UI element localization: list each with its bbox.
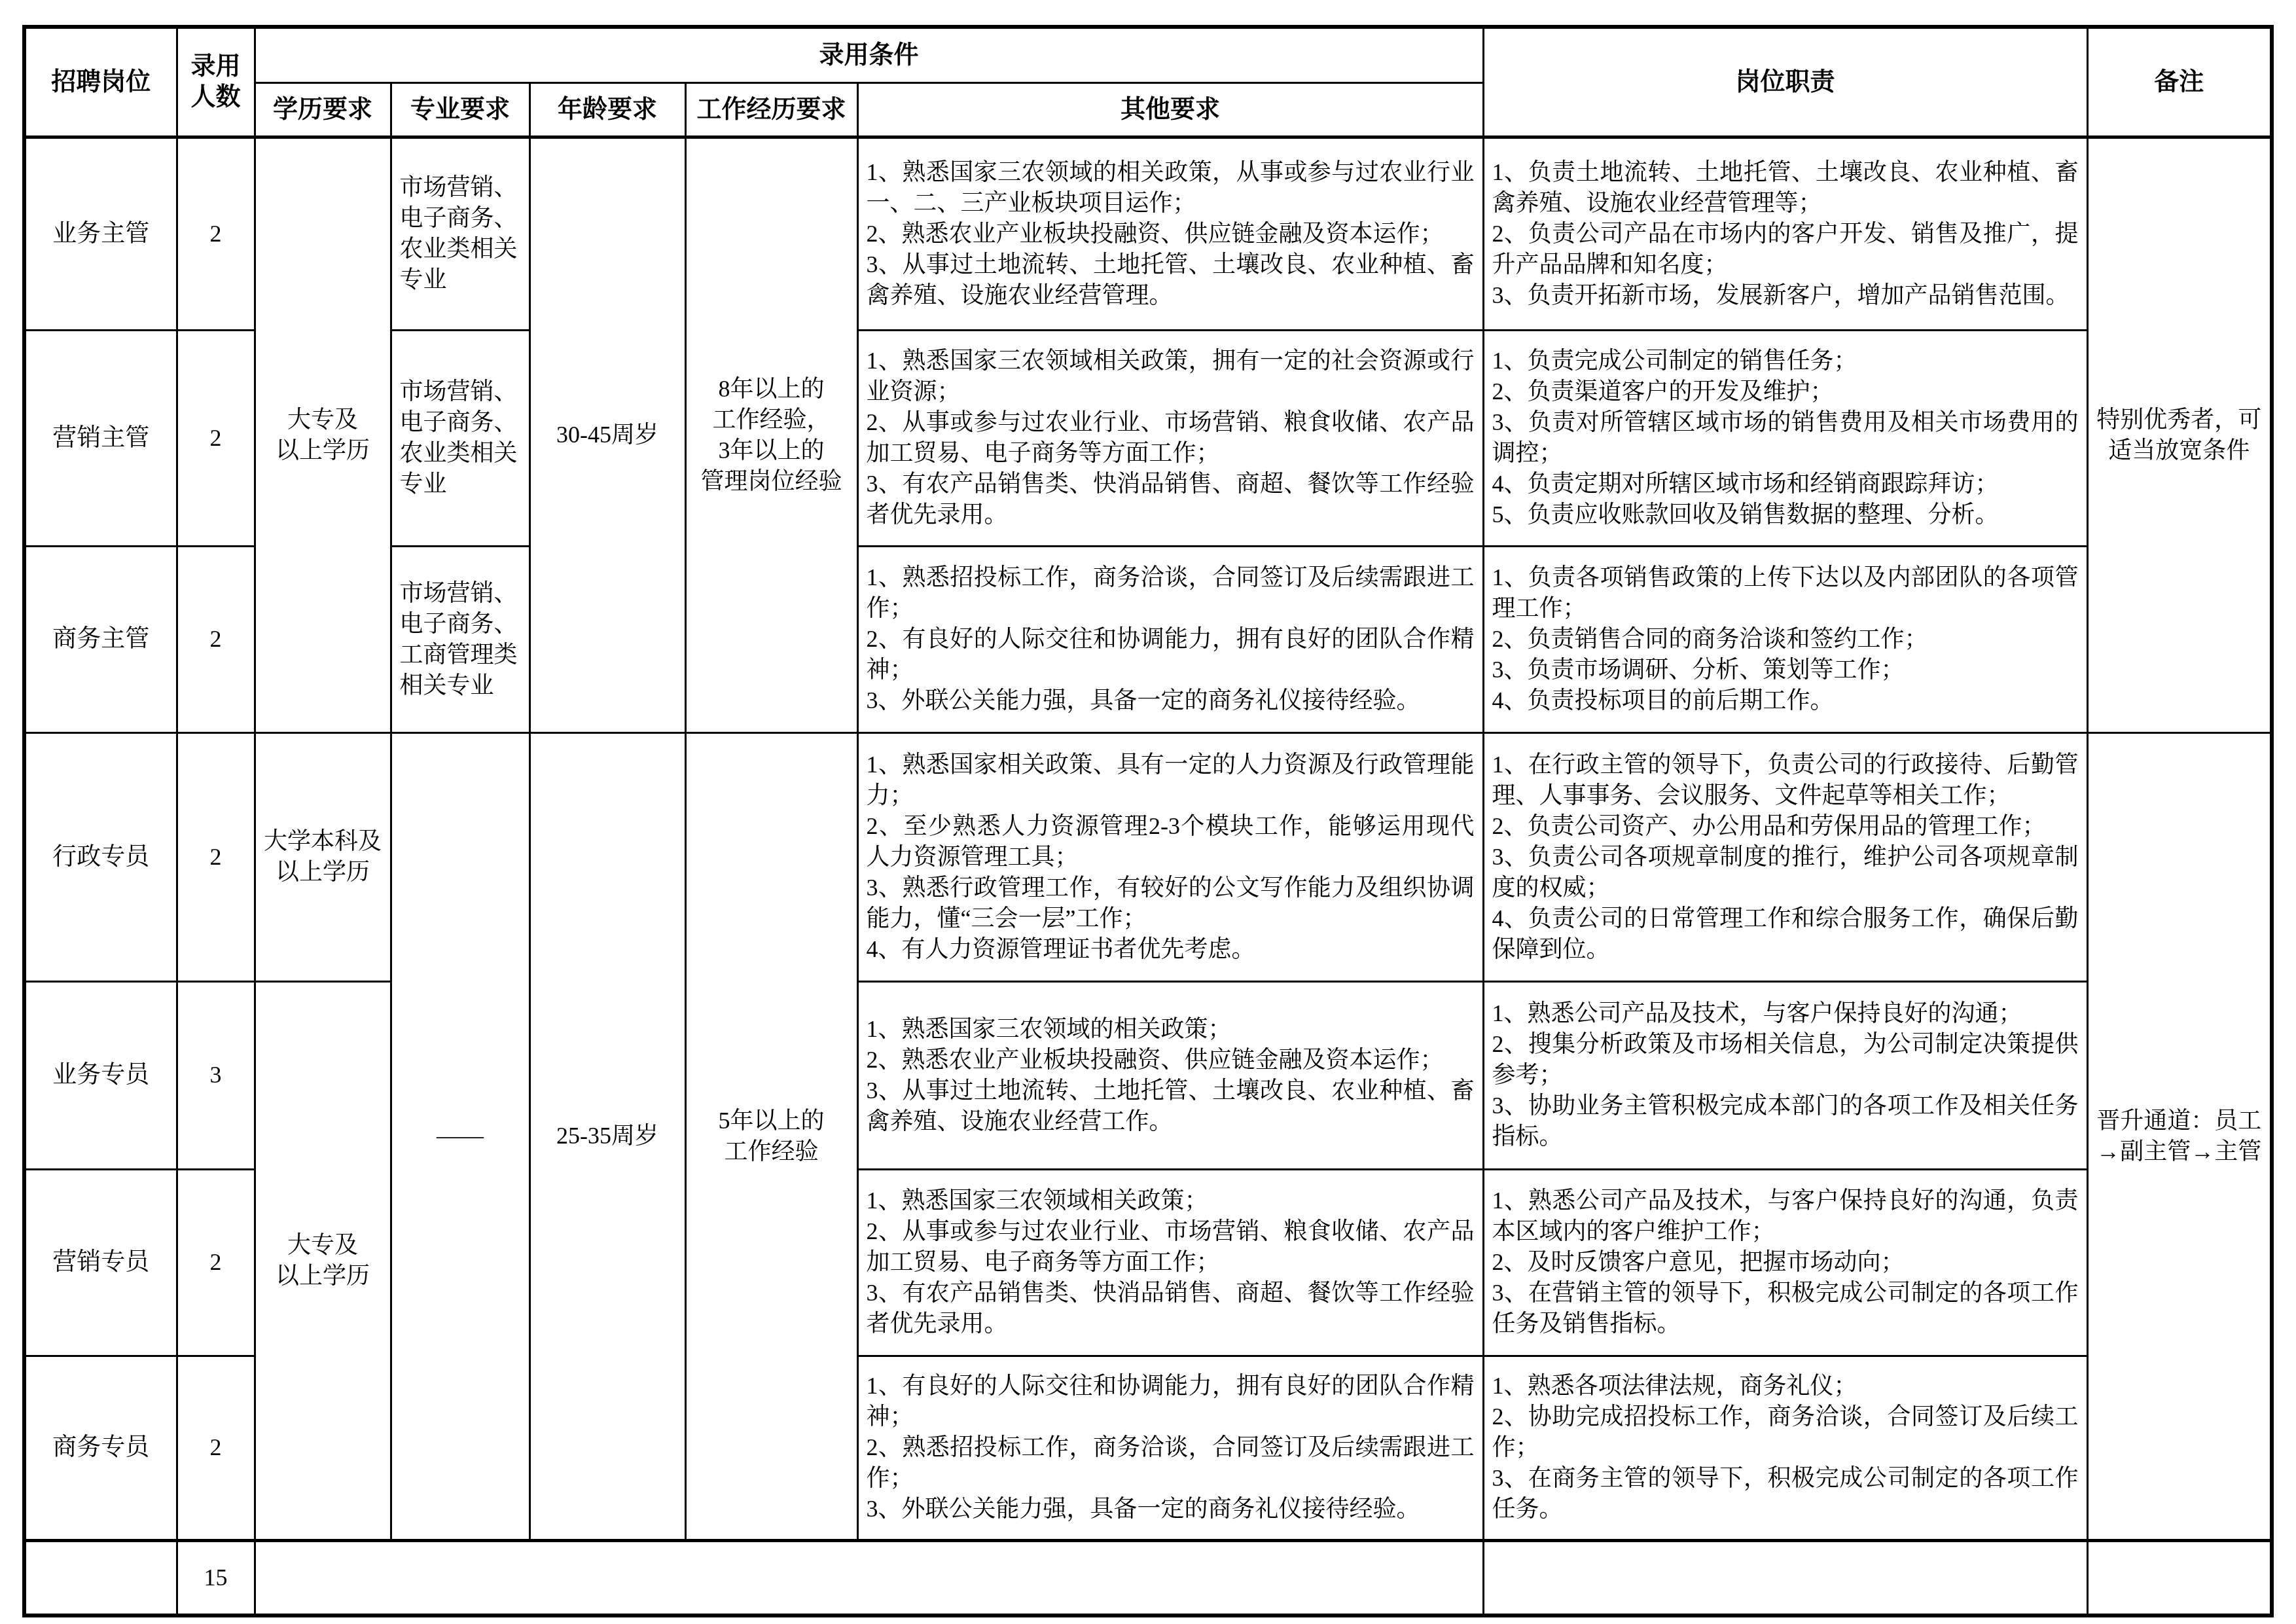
- job-count-cell: 2: [177, 137, 255, 330]
- header-position: 招聘岗位: [24, 27, 177, 137]
- job-count-cell: 2: [177, 546, 255, 732]
- job-title-cell: 营销专员: [24, 1169, 177, 1356]
- other-requirements-cell: 1、熟悉国家三农领域的相关政策； 2、熟悉农业产业板块投融资、供应链金融及资本运…: [857, 981, 1483, 1169]
- job-title-cell: 商务主管: [24, 546, 177, 732]
- duties-cell: 1、负责完成公司制定的销售任务； 2、负责渠道客户的开发及维护； 3、负责对所管…: [1483, 330, 2087, 546]
- job-title-cell: 商务专员: [24, 1356, 177, 1540]
- age-cell-supervisors: 30-45周岁: [529, 137, 685, 732]
- total-row-empty-conditions: [255, 1540, 1483, 1615]
- header-education: 学历要求: [255, 82, 391, 137]
- education-cell-admin: 大学本科及 以上学历: [255, 732, 391, 981]
- job-row-business-supervisor: 业务主管 2 大专及 以上学历 市场营销、 电子商务、 农业类相关 专业 30-…: [24, 137, 2272, 330]
- header-row-1: 招聘岗位 录用 人数 录用条件 岗位职责 备注: [24, 27, 2272, 82]
- total-row-empty-remark: [2087, 1540, 2272, 1615]
- major-cell: 市场营销、 电子商务、 农业类相关 专业: [391, 330, 529, 546]
- job-count-cell: 2: [177, 1356, 255, 1540]
- other-requirements-cell: 1、有良好的人际交往和协调能力，拥有良好的团队合作精神； 2、熟悉招投标工作，商…: [857, 1356, 1483, 1540]
- education-cell-specialists: 大专及 以上学历: [255, 981, 391, 1540]
- header-experience: 工作经历要求: [685, 82, 857, 137]
- total-count-cell: 15: [177, 1540, 255, 1615]
- duties-cell: 1、负责土地流转、土地托管、土壤改良、农业种植、畜禽养殖、设施农业经营管理等； …: [1483, 137, 2087, 330]
- header-headcount: 录用 人数: [177, 27, 255, 137]
- job-row-admin-specialist: 行政专员 2 大学本科及 以上学历 —— 25-35周岁 5年以上的 工作经验 …: [24, 732, 2272, 981]
- major-cell: 市场营销、 电子商务、 农业类相关 专业: [391, 137, 529, 330]
- job-count-cell: 2: [177, 330, 255, 546]
- age-cell-specialists: 25-35周岁: [529, 732, 685, 1540]
- job-count-cell: 3: [177, 981, 255, 1169]
- job-title-cell: 业务主管: [24, 137, 177, 330]
- remark-cell-specialists: 晋升通道：员工 →副主管→主管: [2087, 732, 2272, 1540]
- job-title-cell: 营销主管: [24, 330, 177, 546]
- header-conditions: 录用条件: [255, 27, 1483, 82]
- header-remark: 备注: [2087, 27, 2272, 137]
- other-requirements-cell: 1、熟悉招投标工作，商务洽谈，合同签订及后续需跟进工作； 2、有良好的人际交往和…: [857, 546, 1483, 732]
- remark-cell-supervisors: 特别优秀者，可 适当放宽条件: [2087, 137, 2272, 732]
- education-cell-supervisors: 大专及 以上学历: [255, 137, 391, 732]
- other-requirements-cell: 1、熟悉国家相关政策、具有一定的人力资源及行政管理能力； 2、至少熟悉人力资源管…: [857, 732, 1483, 981]
- other-requirements-cell: 1、熟悉国家三农领域相关政策； 2、从事或参与过农业行业、市场营销、粮食收储、农…: [857, 1169, 1483, 1356]
- duties-cell: 1、负责各项销售政策的上传下达以及内部团队的各项管理工作； 2、负责销售合同的商…: [1483, 546, 2087, 732]
- job-count-cell: 2: [177, 732, 255, 981]
- major-cell-specialists: ——: [391, 732, 529, 1540]
- other-requirements-cell: 1、熟悉国家三农领域的相关政策，从事或参与过农业行业一、二、三产业板块项目运作；…: [857, 137, 1483, 330]
- total-row: 15: [24, 1540, 2272, 1615]
- duties-cell: 1、熟悉公司产品及技术，与客户保持良好的沟通，负责本区域内的客户维护工作； 2、…: [1483, 1169, 2087, 1356]
- header-other: 其他要求: [857, 82, 1483, 137]
- recruitment-table: 招聘岗位 录用 人数 录用条件 岗位职责 备注 学历要求 专业要求 年龄要求 工…: [22, 25, 2274, 1617]
- job-count-cell: 2: [177, 1169, 255, 1356]
- duties-cell: 1、熟悉各项法律法规，商务礼仪； 2、协助完成招投标工作，商务洽谈，合同签订及后…: [1483, 1356, 2087, 1540]
- header-duties: 岗位职责: [1483, 27, 2087, 137]
- header-major: 专业要求: [391, 82, 529, 137]
- total-row-empty-duties: [1483, 1540, 2087, 1615]
- total-row-empty-position: [24, 1540, 177, 1615]
- header-age: 年龄要求: [529, 82, 685, 137]
- job-title-cell: 业务专员: [24, 981, 177, 1169]
- experience-cell-supervisors: 8年以上的 工作经验， 3年以上的 管理岗位经验: [685, 137, 857, 732]
- duties-cell: 1、熟悉公司产品及技术，与客户保持良好的沟通； 2、搜集分析政策及市场相关信息，…: [1483, 981, 2087, 1169]
- job-title-cell: 行政专员: [24, 732, 177, 981]
- major-cell: 市场营销、 电子商务、 工商管理类 相关专业: [391, 546, 529, 732]
- duties-cell: 1、在行政主管的领导下，负责公司的行政接待、后勤管理、人事事务、会议服务、文件起…: [1483, 732, 2087, 981]
- experience-cell-specialists: 5年以上的 工作经验: [685, 732, 857, 1540]
- other-requirements-cell: 1、熟悉国家三农领域相关政策，拥有一定的社会资源或行业资源； 2、从事或参与过农…: [857, 330, 1483, 546]
- job-row-business-specialist: 业务专员 3 大专及 以上学历 1、熟悉国家三农领域的相关政策； 2、熟悉农业产…: [24, 981, 2272, 1169]
